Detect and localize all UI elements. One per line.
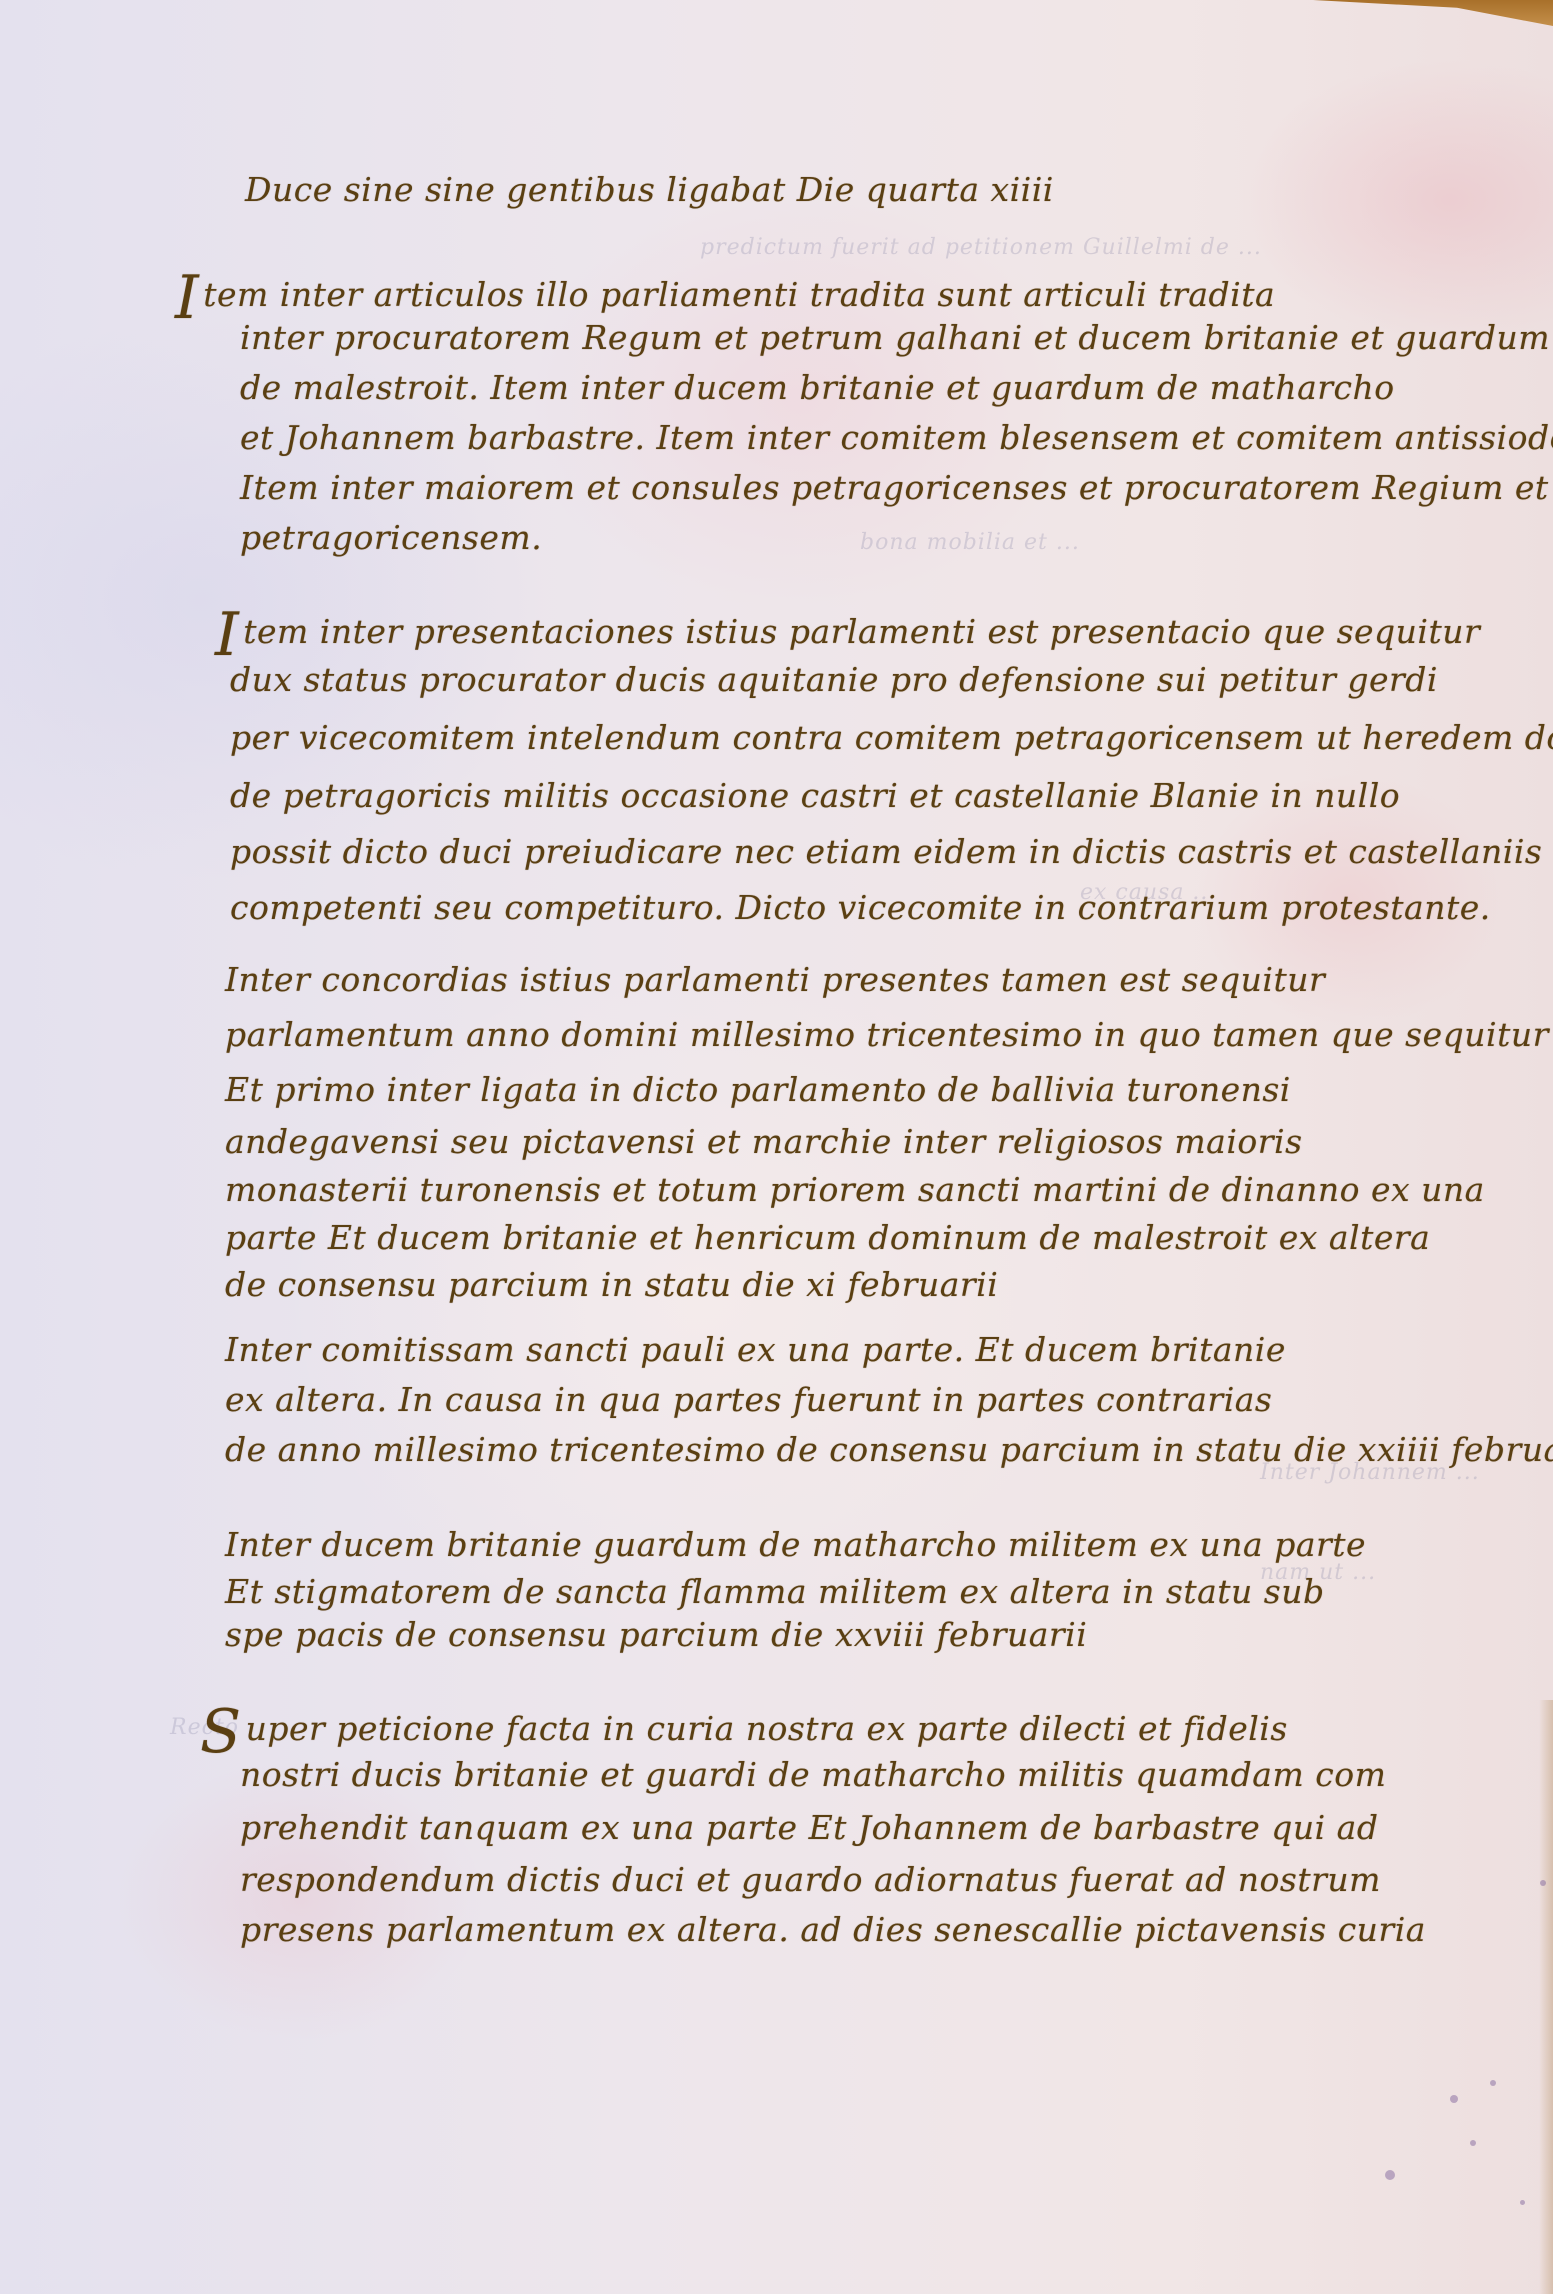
- manuscript-line: nostri ducis britanie et guardi de matha…: [240, 1755, 1386, 1794]
- manuscript-line: parte Et ducem britanie et henricum domi…: [225, 1218, 1430, 1257]
- manuscript-line: competenti seu competituro. Dicto viceco…: [230, 888, 1491, 927]
- manuscript-line: monasterii turonensis et totum priorem s…: [225, 1170, 1485, 1209]
- manuscript-line: possit dicto duci preiudicare nec etiam …: [230, 832, 1542, 871]
- manuscript-line: et Johannem barbastre. Item inter comite…: [240, 418, 1553, 457]
- manuscript-line: ex altera. In causa in qua partes fuerun…: [225, 1380, 1272, 1419]
- decorated-initial: I: [175, 263, 199, 333]
- manuscript-line: Inter comitissam sancti pauli ex una par…: [225, 1330, 1286, 1369]
- manuscript-line: Item inter presentaciones istius parlame…: [215, 605, 1480, 665]
- page-right-edge: [1539, 1700, 1553, 2294]
- manuscript-line: dux status procurator ducis aquitanie pr…: [230, 660, 1438, 699]
- stain-speckle: [1470, 2140, 1476, 2146]
- manuscript-line: parlamentum anno domini millesimo tricen…: [225, 1015, 1549, 1054]
- stain-speckle: [1540, 1880, 1546, 1886]
- manuscript-line: presens parlamentum ex altera. ad dies s…: [240, 1910, 1426, 1949]
- manuscript-line: de malestroit. Item inter ducem britanie…: [240, 368, 1395, 407]
- manuscript-line: Et stigmatorem de sancta flamma militem …: [225, 1572, 1325, 1611]
- decorated-initial: S: [200, 1697, 242, 1767]
- manuscript-line: spe pacis de consensu parcium die xxviii…: [225, 1615, 1087, 1654]
- manuscript-line: petragoricensem.: [240, 518, 542, 557]
- stain-speckle: [1490, 2080, 1496, 2086]
- show-through-text: predictum fuerit ad petitionem Guillelmi…: [700, 235, 1262, 260]
- manuscript-line: Item inter maiorem et consules petragori…: [240, 468, 1553, 507]
- manuscript-line: de petragoricis militis occasione castri…: [230, 776, 1400, 815]
- stain-speckle: [1385, 2170, 1395, 2180]
- manuscript-line: inter procuratorem Regum et petrum galha…: [240, 318, 1550, 357]
- manuscript-line: per vicecomitem intelendum contra comite…: [230, 718, 1553, 757]
- manuscript-line: prehendit tanquam ex una parte Et Johann…: [240, 1808, 1378, 1847]
- manuscript-heading: Duce sine sine gentibus ligabat Die quar…: [245, 170, 1054, 209]
- manuscript-line: andegavensi seu pictavensi et marchie in…: [225, 1122, 1303, 1161]
- manuscript-line: Inter concordias istius parlamenti prese…: [225, 960, 1325, 999]
- manuscript-line: Inter ducem britanie guardum de matharch…: [225, 1525, 1366, 1564]
- manuscript-line: de consensu parcium in statu die xi febr…: [225, 1265, 998, 1304]
- manuscript-line: de anno millesimo tricentesimo de consen…: [225, 1430, 1553, 1469]
- show-through-text: bona mobilia et ...: [860, 530, 1080, 555]
- manuscript-line: Super peticione facta in curia nostra ex…: [200, 1702, 1288, 1762]
- stain-speckle: [1520, 2200, 1525, 2205]
- manuscript-line: respondendum dictis duci et guardo adior…: [240, 1860, 1381, 1899]
- stain-speckle: [1450, 2095, 1458, 2103]
- manuscript-line: Et primo inter ligata in dicto parlament…: [225, 1070, 1291, 1109]
